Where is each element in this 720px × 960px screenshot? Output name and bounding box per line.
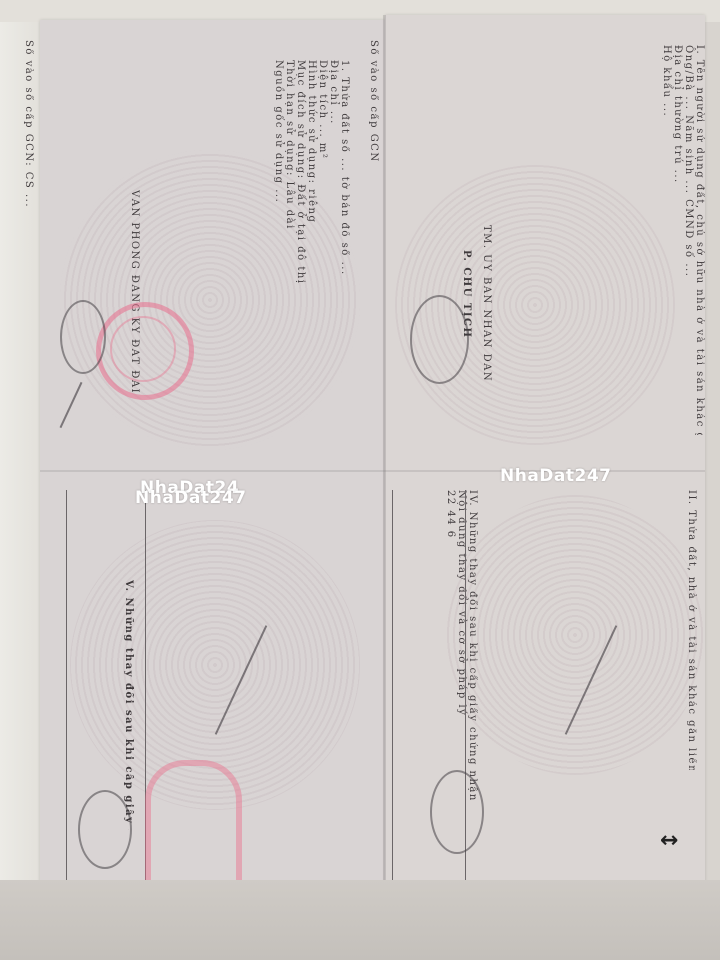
red-stamp-inner-ring [110, 316, 176, 382]
right-margin-text: II. Thửa đất, nhà ở và tài sản khác gắn … [683, 490, 697, 770]
issuer-line: TM. UỶ BAN NHÂN DÂN [470, 225, 492, 455]
text-line: Địa chỉ thường trú ... [672, 45, 683, 184]
text-line: Mục đích sử dụng: Đất ở tại đô thị [295, 60, 306, 284]
arrow-icon: ↔ [660, 828, 678, 853]
text-line: Nguồn gốc sử dụng ... [273, 60, 284, 203]
text-line: Địa chỉ ... [328, 60, 339, 125]
text-line: Ông/Bà ... Năm sinh ... CMND số ... [683, 45, 694, 277]
text-line: Hộ khẩu ... [661, 45, 672, 117]
official-seal [60, 300, 106, 374]
table-border [392, 490, 393, 910]
official-seal [430, 770, 484, 854]
right-page-code-column: Số vào sổ cấp GCN [365, 40, 379, 210]
text-line: I. Tên người sử dụng đất, chủ sở hữu nhà… [694, 45, 705, 435]
text-line: Thời hạn sử dụng: Lâu dài [284, 60, 295, 230]
text-line: Diện tích ... m² [317, 60, 328, 159]
guilloche-pattern [445, 495, 705, 775]
text-line: 1. Thửa đất số ... tờ bản đồ số ... [339, 60, 350, 276]
text-line: 22 44 6 [445, 490, 456, 539]
left-lower-section-title: V. Những thay đổi sau khi cấp giấy chứng… [120, 580, 134, 830]
text-line: IV. Những thay đổi sau khi cấp giấy chứn… [467, 490, 478, 802]
fold-line-vertical [383, 15, 386, 920]
watermark: NhaDat247 [135, 488, 247, 508]
watermark: NhaDat247 [500, 466, 612, 486]
official-seal [78, 790, 132, 869]
text-line: Hình thức sử dụng: riêng [306, 60, 317, 223]
table-border [66, 490, 67, 910]
official-seal [410, 295, 469, 384]
right-page-text-block: I. Tên người sử dụng đất, chủ sở hữu nhà… [645, 45, 705, 435]
background-bottom [0, 880, 720, 960]
left-margin-text: Số vào sổ cấp GCN: CS ... [20, 40, 34, 240]
left-page-text-block: 1. Thửa đất số ... tờ bản đồ số ... Địa … [240, 60, 350, 350]
